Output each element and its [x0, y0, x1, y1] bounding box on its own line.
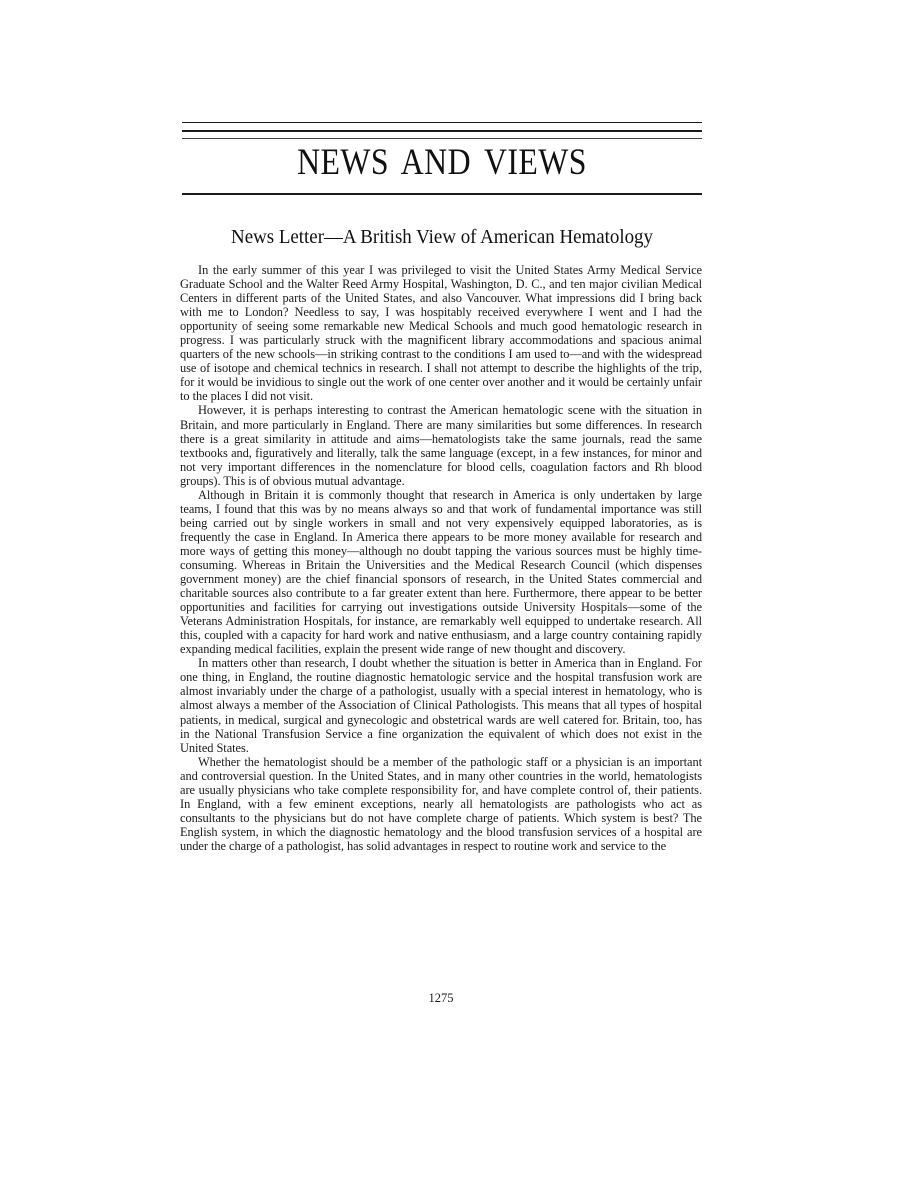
page-number: 1275 — [180, 991, 702, 1005]
article-title: News Letter—A British View of American H… — [190, 226, 694, 250]
article-body: In the early summer of this year I was p… — [180, 263, 702, 853]
header-rule-lower — [182, 138, 702, 139]
paragraph-2: However, it is perhaps interesting to co… — [180, 403, 702, 487]
section-title-underline-rule — [182, 193, 702, 195]
header-rule-thick — [182, 130, 702, 132]
paragraph-5: Whether the hematologist should be a mem… — [180, 755, 702, 853]
paragraph-1: In the early summer of this year I was p… — [180, 263, 702, 403]
header-rule-top — [182, 122, 702, 123]
paragraph-4: In matters other than research, I doubt … — [180, 656, 702, 754]
section-title: NEWS AND VIEWS — [218, 143, 665, 183]
paragraph-3: Although in Britain it is commonly thoug… — [180, 488, 702, 657]
journal-page: NEWS AND VIEWS News Letter—A British Vie… — [0, 0, 918, 1188]
